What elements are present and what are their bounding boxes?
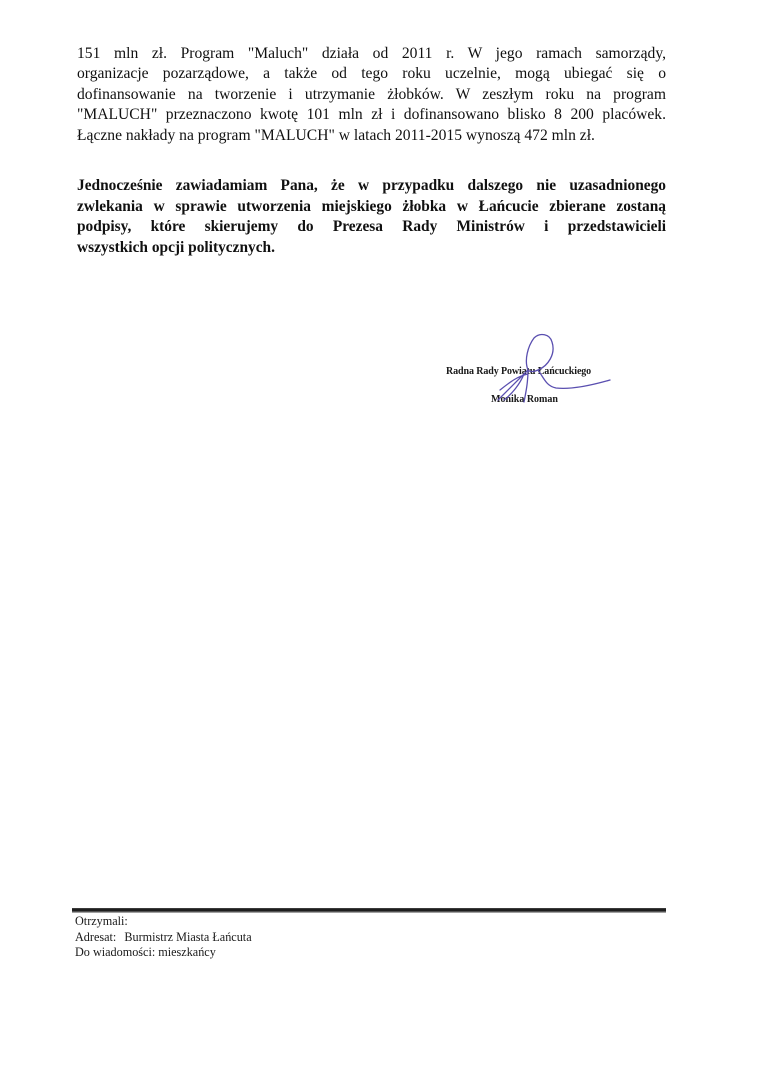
body-paragraph-program-maluch: 151 mln zł. Program "Maluch" działa od 2… xyxy=(77,44,666,146)
paragraph-line: 151 mln zł. Program "Maluch" działa od 2… xyxy=(77,44,666,64)
paragraph-line: zwlekania w sprawie utworzenia miejskieg… xyxy=(77,197,666,218)
addressee-label: Adresat: xyxy=(75,930,116,944)
cc-value: mieszkańcy xyxy=(158,945,216,959)
cc-label: Do wiadomości: xyxy=(75,945,155,959)
cc-row: Do wiadomości: mieszkańcy xyxy=(75,945,252,961)
footer-divider-line xyxy=(72,908,666,913)
signatory-name: Monika Roman xyxy=(491,394,558,405)
signatory-role: Radna Rady Powiatu Łańcuckiego xyxy=(446,366,591,377)
body-paragraph-notice-bold: Jednocześnie zawiadamiam Pana, że w przy… xyxy=(77,176,666,258)
paragraph-line: organizacje pozarządowe, a także od tego… xyxy=(77,64,666,84)
paragraph-line: Jednocześnie zawiadamiam Pana, że w przy… xyxy=(77,176,666,197)
paragraph-line: podpisy, które skierujemy do Prezesa Rad… xyxy=(77,217,666,238)
paragraph-line: wszystkich opcji politycznych. xyxy=(77,238,666,259)
paragraph-line: "MALUCH" przeznaczono kwotę 101 mln zł i… xyxy=(77,105,666,125)
addressee-value: Burmistrz Miasta Łańcuta xyxy=(124,930,251,944)
signature-block: Radna Rady Powiatu Łańcuckiego Monika Ro… xyxy=(440,330,660,420)
distribution-list: Otrzymali: Adresat: Burmistrz Miasta Łań… xyxy=(75,914,252,961)
received-label: Otrzymali: xyxy=(75,914,252,930)
paragraph-line: Łączne nakłady na program "MALUCH" w lat… xyxy=(77,126,666,146)
addressee-row: Adresat: Burmistrz Miasta Łańcuta xyxy=(75,930,252,946)
paragraph-line: dofinansowanie na tworzenie i utrzymanie… xyxy=(77,85,666,105)
